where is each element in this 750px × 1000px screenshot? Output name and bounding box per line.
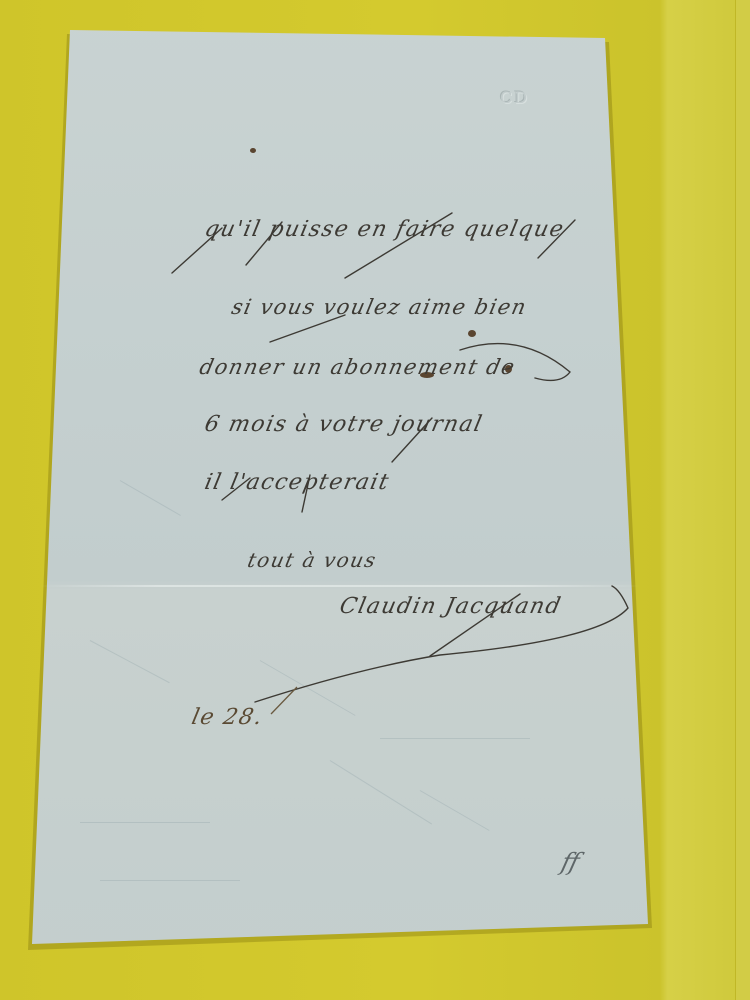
photo-background: CD qu'il puisse en faire quelque si vous… <box>0 0 750 1000</box>
background-edge-strip <box>735 0 750 1000</box>
bleed-through-mark <box>100 880 240 881</box>
ink-blot <box>468 330 476 337</box>
letter-sheet <box>0 0 750 1000</box>
letter-date: le 28. <box>189 705 265 730</box>
letter-closing: tout à vous <box>245 548 379 572</box>
paper-fold-line <box>40 585 640 587</box>
letter-line-5: il l'accepterait <box>202 470 392 495</box>
embossed-stamp: CD <box>500 88 529 107</box>
letter-line-1: qu'il puisse en faire quelque <box>202 217 567 242</box>
letter-line-3: donner un abonnement de <box>197 355 518 379</box>
letter-line-4: 6 mois à votre journal <box>202 412 485 437</box>
ink-blot <box>250 148 256 153</box>
letter-line-2: si vous voulez aime bien <box>229 295 529 319</box>
bleed-through-mark <box>380 738 530 739</box>
bleed-through-mark <box>80 822 210 823</box>
signature: Claudin Jacquand <box>337 594 564 619</box>
